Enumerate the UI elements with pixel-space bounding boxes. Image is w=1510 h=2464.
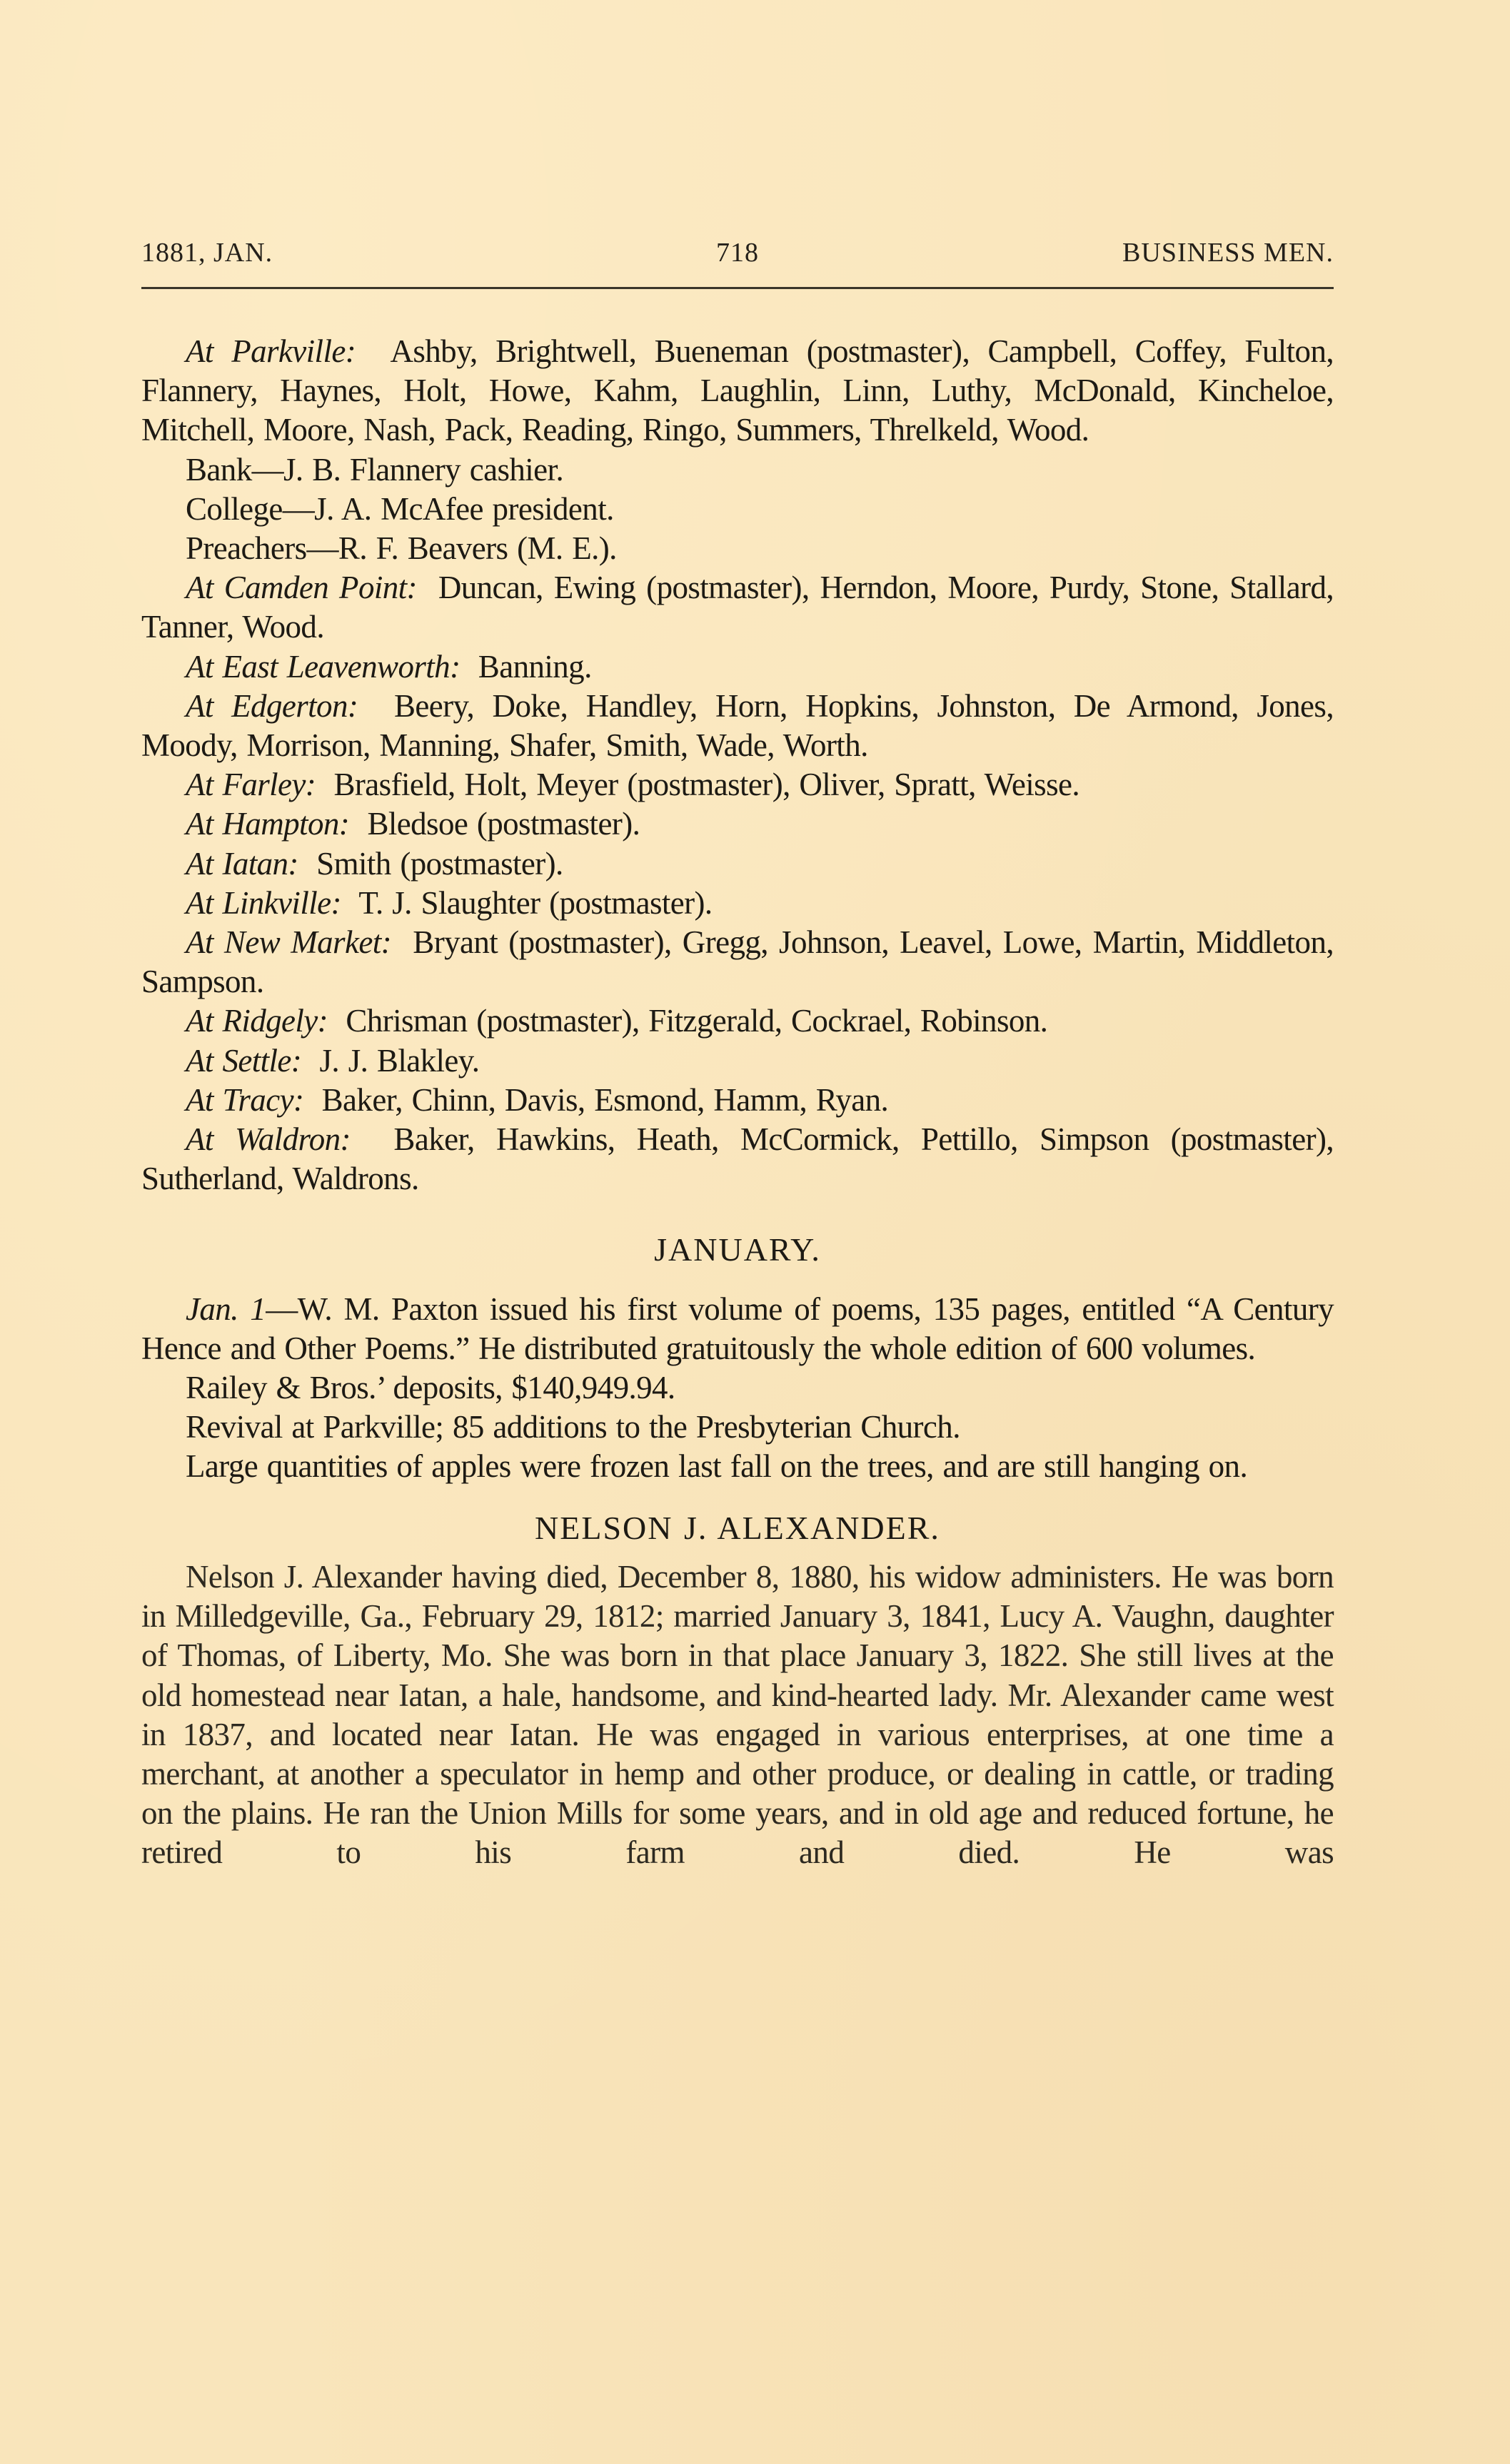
town-paragraph-new-market: At New Market: Bryant (postmaster), Greg… xyxy=(141,923,1334,1001)
parkville-college-note: College—J. A. McAfee president. xyxy=(141,490,1334,529)
town-name: At Iatan: xyxy=(186,846,298,882)
january-entry-paxton: Jan. 1—W. M. Paxton issued his first vol… xyxy=(141,1290,1334,1368)
town-name: At Edgerton: xyxy=(186,688,358,724)
town-name: At New Market: xyxy=(186,924,391,960)
town-paragraph-waldron: At Waldron: Baker, Hawkins, Heath, McCor… xyxy=(141,1120,1334,1198)
town-paragraph-edgerton: At Edgerton: Beery, Doke, Handley, Horn,… xyxy=(141,687,1334,765)
town-name: At Ridgely: xyxy=(186,1003,328,1039)
town-business-list: Smith (postmaster). xyxy=(316,846,563,882)
town-paragraph-hampton: At Hampton: Bledsoe (postmaster). xyxy=(141,804,1334,844)
page-body: At Parkville: Ashby, Brightwell, Buenema… xyxy=(141,332,1334,1873)
town-name: At Settle: xyxy=(186,1043,301,1079)
entry-date: Jan. 1 xyxy=(186,1291,266,1327)
town-name: At Hampton: xyxy=(186,806,349,842)
town-paragraph-iatan: At Iatan: Smith (postmaster). xyxy=(141,844,1334,884)
running-head-section: BUSINESS MEN. xyxy=(1122,237,1334,268)
town-business-list: Banning. xyxy=(478,649,592,685)
town-business-list: Baker, Chinn, Davis, Esmond, Hamm, Ryan. xyxy=(322,1082,889,1118)
town-paragraph-east-leavenworth: At East Leavenworth: Banning. xyxy=(141,647,1334,687)
town-business-list: Bledsoe (postmaster). xyxy=(367,806,640,842)
town-name: At East Leavenworth: xyxy=(186,649,460,685)
january-entry-revival: Revival at Parkville; 85 additions to th… xyxy=(141,1408,1334,1447)
alexander-biography: Nelson J. Alexander having died, Decembe… xyxy=(141,1557,1334,1873)
running-head: 1881, JAN. 718 BUSINESS MEN. xyxy=(141,237,1334,277)
town-business-list: Chrisman (postmaster), Fitzgerald, Cockr… xyxy=(346,1003,1047,1039)
town-name: At Linkville: xyxy=(186,885,341,921)
town-name: At Waldron: xyxy=(186,1121,351,1157)
town-business-list: T. J. Slaughter (postmaster). xyxy=(358,885,712,921)
january-entry-railey-deposits: Railey & Bros.’ deposits, $140,949.94. xyxy=(141,1368,1334,1408)
header-rule xyxy=(141,287,1334,289)
parkville-preachers-note: Preachers—R. F. Beavers (M. E.). xyxy=(141,529,1334,568)
town-paragraph-linkville: At Linkville: T. J. Slaughter (postmaste… xyxy=(141,884,1334,923)
town-paragraph-ridgely: At Ridgely: Chrisman (postmaster), Fitzg… xyxy=(141,1001,1334,1041)
town-name: At Camden Point: xyxy=(186,570,417,605)
section-heading-january: JANUARY. xyxy=(141,1230,1334,1269)
town-paragraph-tracy: At Tracy: Baker, Chinn, Davis, Esmond, H… xyxy=(141,1081,1334,1120)
parkville-bank-note: Bank—J. B. Flannery cashier. xyxy=(141,450,1334,490)
town-paragraph-parkville: At Parkville: Ashby, Brightwell, Buenema… xyxy=(141,332,1334,450)
town-name: At Tracy: xyxy=(186,1082,303,1118)
town-business-list: Brasfield, Holt, Meyer (postmaster), Oli… xyxy=(334,767,1080,802)
town-paragraph-farley: At Farley: Brasfield, Holt, Meyer (postm… xyxy=(141,765,1334,804)
town-paragraph-camden-point: At Camden Point: Duncan, Ewing (postmast… xyxy=(141,568,1334,647)
town-paragraph-settle: At Settle: J. J. Blakley. xyxy=(141,1041,1334,1081)
january-entry-apples: Large quantities of apples were frozen l… xyxy=(141,1447,1334,1486)
town-name: At Parkville: xyxy=(186,333,356,369)
town-name: At Farley: xyxy=(186,767,316,802)
town-business-list: J. J. Blakley. xyxy=(320,1043,480,1079)
entry-text: —W. M. Paxton issued his first volume of… xyxy=(141,1291,1334,1366)
section-heading-alexander: NELSON J. ALEXANDER. xyxy=(141,1508,1334,1547)
